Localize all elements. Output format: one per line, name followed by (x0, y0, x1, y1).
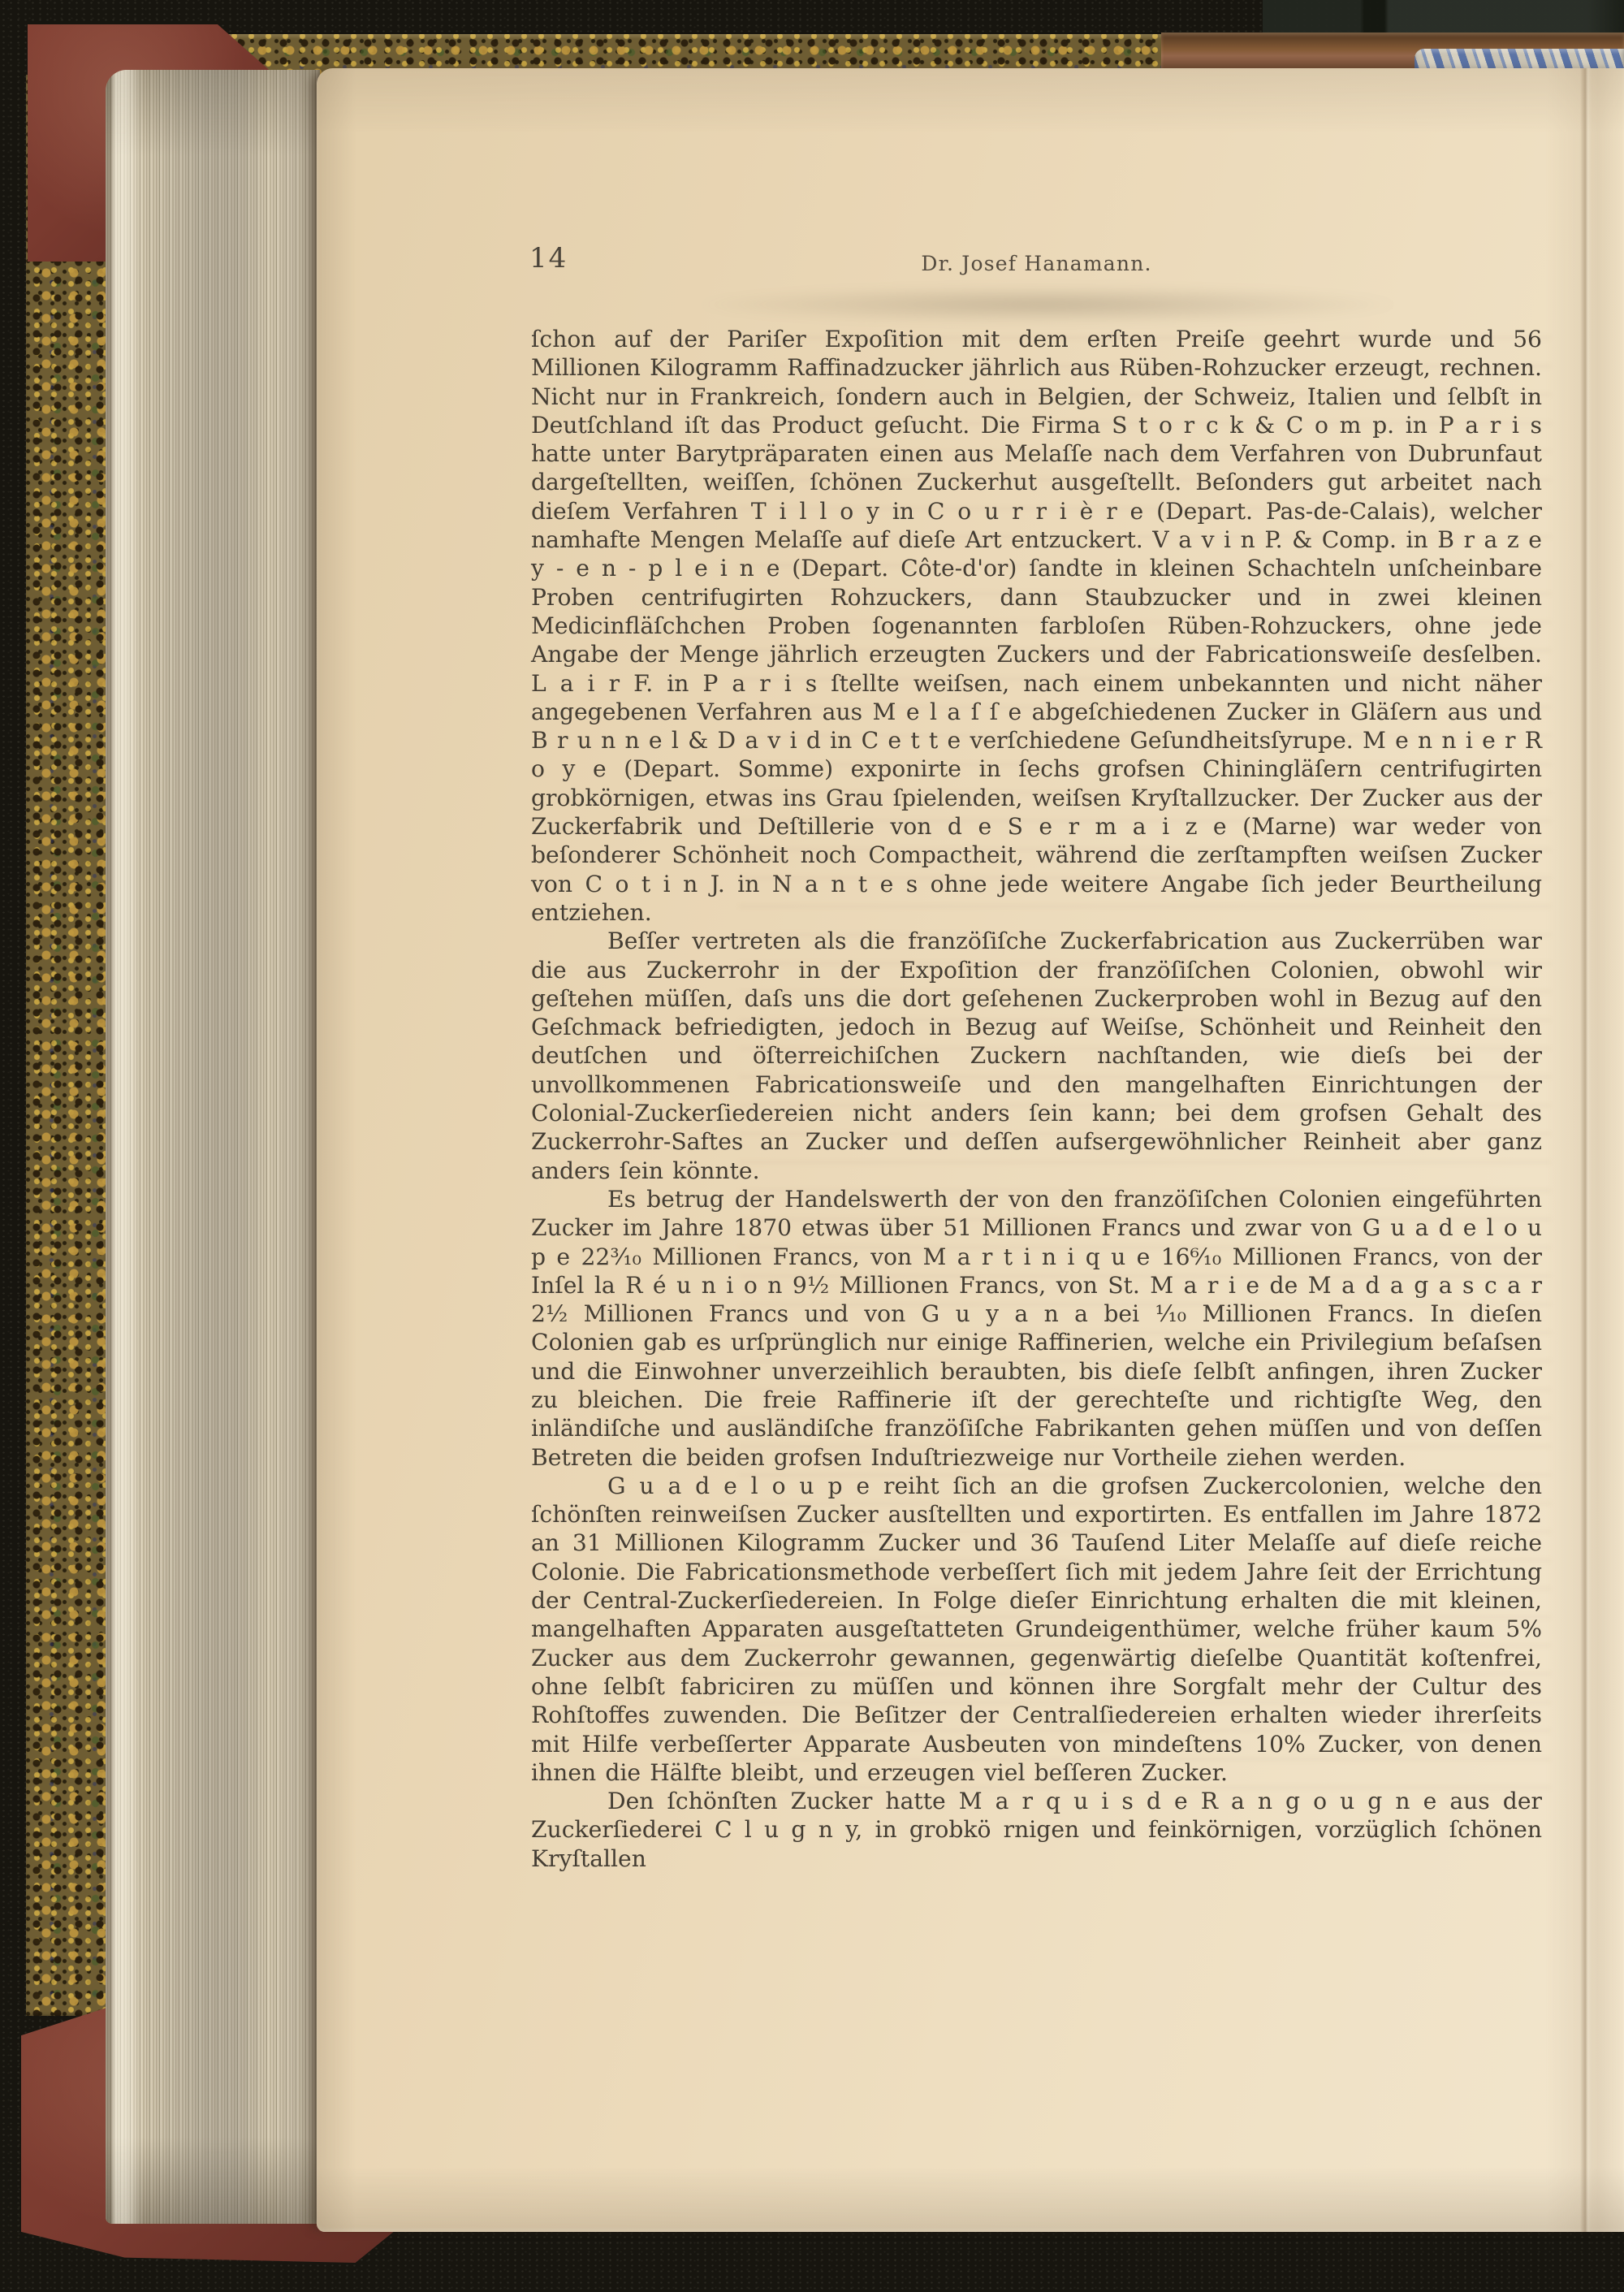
page-edge-crease (1580, 68, 1592, 2232)
paragraph: Beſſer vertreten als die franzöſiſche Zu… (531, 927, 1542, 1185)
body-text: ſchon auf der Pariſer Expoſition mit dem… (531, 325, 1542, 1873)
book-scan: 14 Dr. Josef Hanamann. ſchon auf der Par… (0, 0, 1624, 2292)
running-header: Dr. Josef Hanamann. (531, 252, 1542, 275)
paragraph: G u a d e l o u p e reiht ſich an die gr… (531, 1472, 1542, 1787)
marbled-paper-edge (26, 75, 112, 2016)
paragraph: ſchon auf der Pariſer Expoſition mit dem… (531, 325, 1542, 927)
bleed-through-smudge (698, 286, 1397, 323)
book-page: 14 Dr. Josef Hanamann. ſchon auf der Par… (317, 68, 1624, 2232)
paragraph: Es betrug der Handelswerth der von den f… (531, 1185, 1542, 1472)
page-stack-edge (106, 70, 320, 2224)
paragraph: Den ſchönſten Zucker hatte M a r q u i s… (531, 1787, 1542, 1873)
